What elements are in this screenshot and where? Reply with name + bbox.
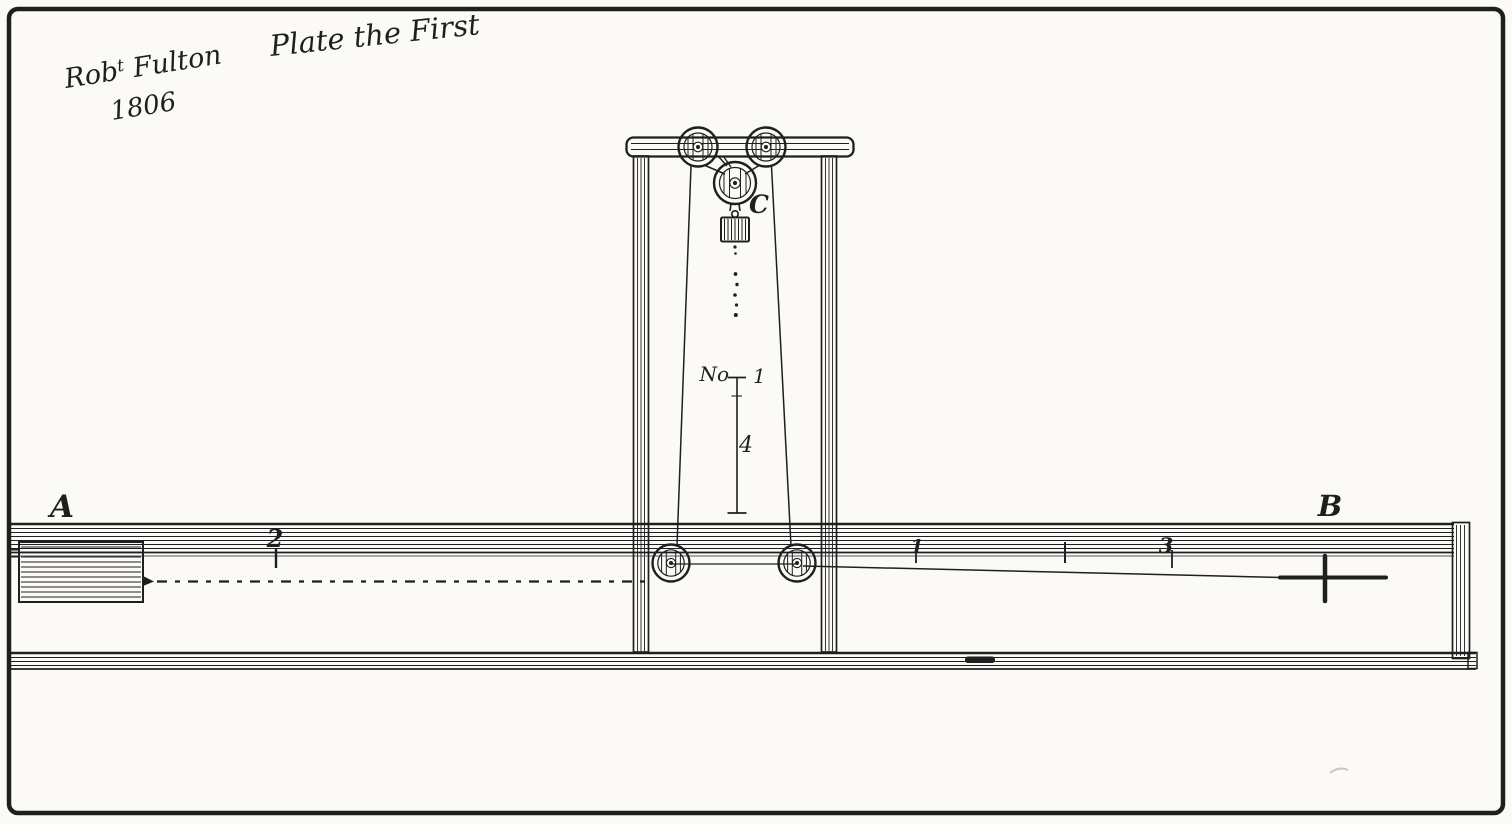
fulton-apparatus-drawing: Robt Fulton 1806 Plate the First <box>0 0 1512 824</box>
scale-label-no: No <box>698 362 729 386</box>
track-mark-2: 2 <box>266 524 284 568</box>
scale-label-one: 1 <box>753 364 766 388</box>
dot <box>734 272 738 276</box>
dot <box>734 313 738 317</box>
hook-ring <box>732 211 738 217</box>
track-mark-3: 3 <box>1159 533 1174 568</box>
pulley-bottom-left <box>653 545 690 582</box>
scale-label-four: 4 <box>738 433 753 458</box>
engraving-plate: Robt Fulton 1806 Plate the First <box>0 0 1512 824</box>
dot <box>733 245 736 248</box>
signature-year: 1806 <box>108 87 178 127</box>
shackle <box>739 204 740 211</box>
rope-left-drop <box>677 166 691 546</box>
dot <box>734 252 737 255</box>
mark-label: 1 <box>910 536 923 558</box>
trough-end-post <box>1453 523 1478 669</box>
dot <box>735 303 738 306</box>
plate-title: Plate the First <box>267 7 481 63</box>
distance-scale: No 1 4 <box>698 362 765 513</box>
pulley-bottom-right <box>779 545 816 582</box>
block-pointer-tip <box>143 576 154 586</box>
ropes <box>677 165 791 546</box>
left-carriage-block <box>10 542 154 602</box>
pulley-axle <box>764 145 768 149</box>
trough-top-rail <box>10 524 1454 556</box>
cord-line <box>803 566 1283 578</box>
hanging-pulley-block: C <box>714 157 769 255</box>
pulley-axle <box>696 145 700 149</box>
label-c: C <box>749 190 769 219</box>
tower-crossbar <box>627 138 854 157</box>
mark-label: 2 <box>266 524 284 553</box>
signature-name: Robt Fulton <box>61 39 223 95</box>
pulley-top-right <box>747 128 786 167</box>
shackle <box>730 204 731 211</box>
dot <box>735 283 738 286</box>
ink-blot <box>965 657 995 664</box>
pulley-top-left <box>679 128 718 167</box>
dotted-cord <box>733 272 739 317</box>
track-mark-1: 1 <box>910 536 923 563</box>
rope-right-drop <box>772 166 792 546</box>
label-a: A <box>47 489 74 525</box>
dot <box>733 293 737 297</box>
signature: Robt Fulton 1806 <box>61 39 223 126</box>
post-outline <box>1453 523 1470 659</box>
label-b: B <box>1317 489 1343 523</box>
paper-smudge <box>1330 769 1348 773</box>
tower-frame <box>627 138 854 653</box>
cord-to-b <box>803 556 1386 601</box>
trough-bottom-rail <box>10 653 1476 669</box>
pulley-axle <box>733 181 737 185</box>
